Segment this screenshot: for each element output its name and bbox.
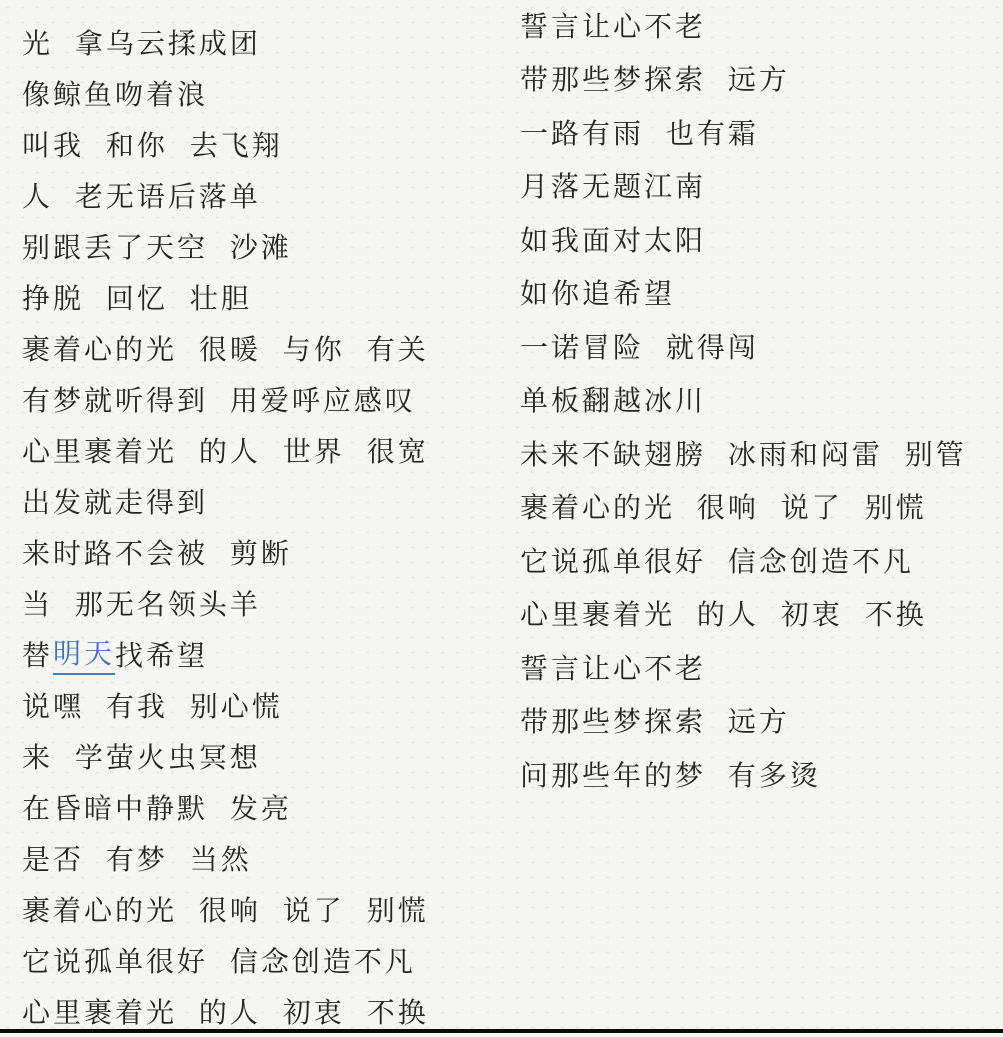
lyric-line: 誓言让心不老 xyxy=(520,0,1000,52)
lyric-line: 像鲸鱼吻着浪 xyxy=(22,67,502,118)
lyric-line: 是否 有梦 当然 xyxy=(22,832,502,883)
lyric-line: 带那些梦探索 远方 xyxy=(520,694,1000,748)
lyric-line: 誓言让心不老 xyxy=(520,640,1000,694)
lyric-line: 它说孤单很好 信念创造不凡 xyxy=(22,934,502,985)
lyric-text: 替 xyxy=(22,634,53,674)
lyric-line: 来 学萤火虫冥想 xyxy=(22,730,502,781)
bottom-border-line xyxy=(0,1029,1003,1033)
lyric-line: 替明天找希望 xyxy=(22,628,502,679)
lyric-line: 叫我 和你 去飞翔 xyxy=(22,118,502,169)
lyric-line: 光 拿乌云揉成团 xyxy=(22,16,502,67)
lyric-line: 出发就走得到 xyxy=(22,475,502,526)
lyric-line: 裹着心的光 很响 说了 别慌 xyxy=(22,883,502,934)
lyric-line: 别跟丢了天空 沙滩 xyxy=(22,220,502,271)
lyric-line: 挣脱 回忆 壮胆 xyxy=(22,271,502,322)
lyric-line: 带那些梦探索 远方 xyxy=(520,52,1000,106)
lyric-line: 当 那无名领头羊 xyxy=(22,577,502,628)
lyric-line: 裹着心的光 很暖 与你 有关 xyxy=(22,322,502,373)
lyric-line: 心里裹着光 的人 世界 很宽 xyxy=(22,424,502,475)
lyrics-column-left: 光 拿乌云揉成团像鲸鱼吻着浪叫我 和你 去飞翔人 老无语后落单别跟丢了天空 沙滩… xyxy=(22,16,502,1036)
tomorrow-link[interactable]: 明天 xyxy=(53,632,115,675)
lyric-line: 有梦就听得到 用爱呼应感叹 xyxy=(22,373,502,424)
lyric-line: 未来不缺翅膀 冰雨和闷雷 别管 xyxy=(520,426,1000,480)
lyric-line: 单板翻越冰川 xyxy=(520,373,1000,427)
lyric-line: 如我面对太阳 xyxy=(520,212,1000,266)
lyric-line: 它说孤单很好 信念创造不凡 xyxy=(520,533,1000,587)
lyric-line: 说嘿 有我 别心慌 xyxy=(22,679,502,730)
lyric-line: 人 老无语后落单 xyxy=(22,169,502,220)
lyric-line: 问那些年的梦 有多烫 xyxy=(520,747,1000,801)
lyric-line: 来时路不会被 剪断 xyxy=(22,526,502,577)
lyric-text: 找希望 xyxy=(115,634,208,674)
lyric-line: 在昏暗中静默 发亮 xyxy=(22,781,502,832)
lyric-line: 一路有雨 也有霜 xyxy=(520,105,1000,159)
lyric-line: 一诺冒险 就得闯 xyxy=(520,319,1000,373)
lyric-line: 裹着心的光 很响 说了 别慌 xyxy=(520,480,1000,534)
lyric-line: 如你追希望 xyxy=(520,266,1000,320)
lyrics-column-right: 誓言让心不老带那些梦探索 远方一路有雨 也有霜月落无题江南如我面对太阳如你追希望… xyxy=(520,0,1000,801)
lyric-line: 心里裹着光 的人 初衷 不换 xyxy=(520,587,1000,641)
lyric-line: 月落无题江南 xyxy=(520,159,1000,213)
